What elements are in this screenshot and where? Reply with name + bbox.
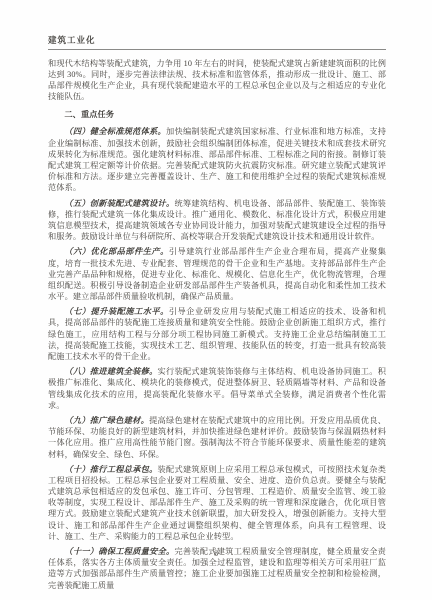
task-item-10-body: 装配式建筑原则上应采用工程总承包模式，可按照技术复杂类工程项目招投标。工程总承包… <box>48 465 386 541</box>
page-header: 建筑工业化 <box>48 34 386 50</box>
page-footer: 8 <box>0 549 432 558</box>
intro-paragraph: 和现代木结构等装配式建筑，力争用 10 年左右的时间，使装配式建筑占新建建筑面积… <box>48 58 386 102</box>
task-item-8: （八）推进建筑全装修。实行装配式建筑装饰装修与主体结构、机电设备协同施工。积极推… <box>48 366 386 410</box>
task-item-8-head: （八）推进建筑全装修。 <box>64 367 157 376</box>
task-item-4: （四）健全标准规范体系。加快编制装配式建筑国家标准、行业标准和地方标准，支持企业… <box>48 126 386 193</box>
task-item-10: （十）推行工程总承包。装配式建筑原则上应采用工程总承包模式，可按照技术复杂类工程… <box>48 464 386 542</box>
task-item-6: （六）优化部品部件生产。引导建筑行业部品部件生产企业合理布局，提高产业聚集度，培… <box>48 246 386 301</box>
document-body: 和现代木结构等装配式建筑，力争用 10 年左右的时间，使装配式建筑占新建建筑面积… <box>48 58 386 595</box>
header-title: 建筑工业化 <box>48 35 96 45</box>
task-item-10-head: （十）推行工程总承包。 <box>64 465 157 474</box>
task-item-6-head: （六）优化部品部件生产。 <box>64 247 168 256</box>
task-item-4-head: （四）健全标准规范体系。 <box>64 127 166 136</box>
document-page: 建筑工业化 和现代木结构等装配式建筑，力争用 10 年左右的时间，使装配式建筑占… <box>0 0 432 600</box>
task-item-5-head: （五）创新装配式建筑设计。 <box>64 199 174 208</box>
task-item-7-head: （七）提升装配施工水平。 <box>64 307 168 316</box>
page-number: 8 <box>214 549 218 558</box>
task-item-4-body: 加快编制装配式建筑国家标准、行业标准和地方标准，支持企业编制标准、加强技术创新，… <box>48 127 386 191</box>
task-item-7: （七）提升装配施工水平。引导企业研发应用与装配式施工相适应的技术、设备和机具，提… <box>48 306 386 361</box>
task-item-9-head: （九）推广绿色建材。 <box>64 416 149 425</box>
task-item-9: （九）推广绿色建材。提高绿色建材在装配式建筑中的应用比例。开发应用品质优良、节能… <box>48 415 386 459</box>
section-title: 二、重点任务 <box>48 109 386 120</box>
task-item-5: （五）创新装配式建筑设计。统筹建筑结构、机电设备、部品部件、装配施工、装饰装修，… <box>48 198 386 242</box>
